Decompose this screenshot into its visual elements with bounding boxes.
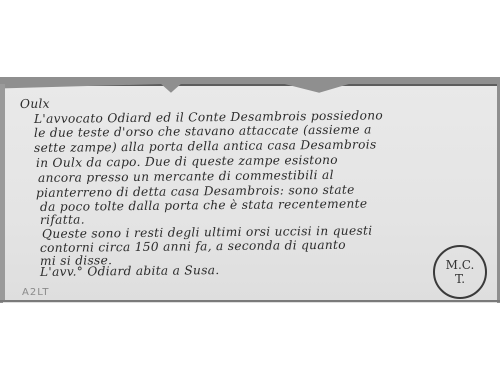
paper-left-edge <box>0 84 5 301</box>
text-line-8: rifatta. <box>40 213 85 227</box>
note-heading: Oulx <box>20 97 50 111</box>
stamp-line-2: T. <box>455 272 465 286</box>
stamp-line-1: M.C. <box>446 258 475 272</box>
text-line-12: L'avv.° Odiard abita a Susa. <box>40 263 220 279</box>
mct-stamp: M.C. T. <box>433 245 487 299</box>
paper-bottom-edge <box>0 300 500 302</box>
reference-mark: A2LT <box>22 287 50 298</box>
